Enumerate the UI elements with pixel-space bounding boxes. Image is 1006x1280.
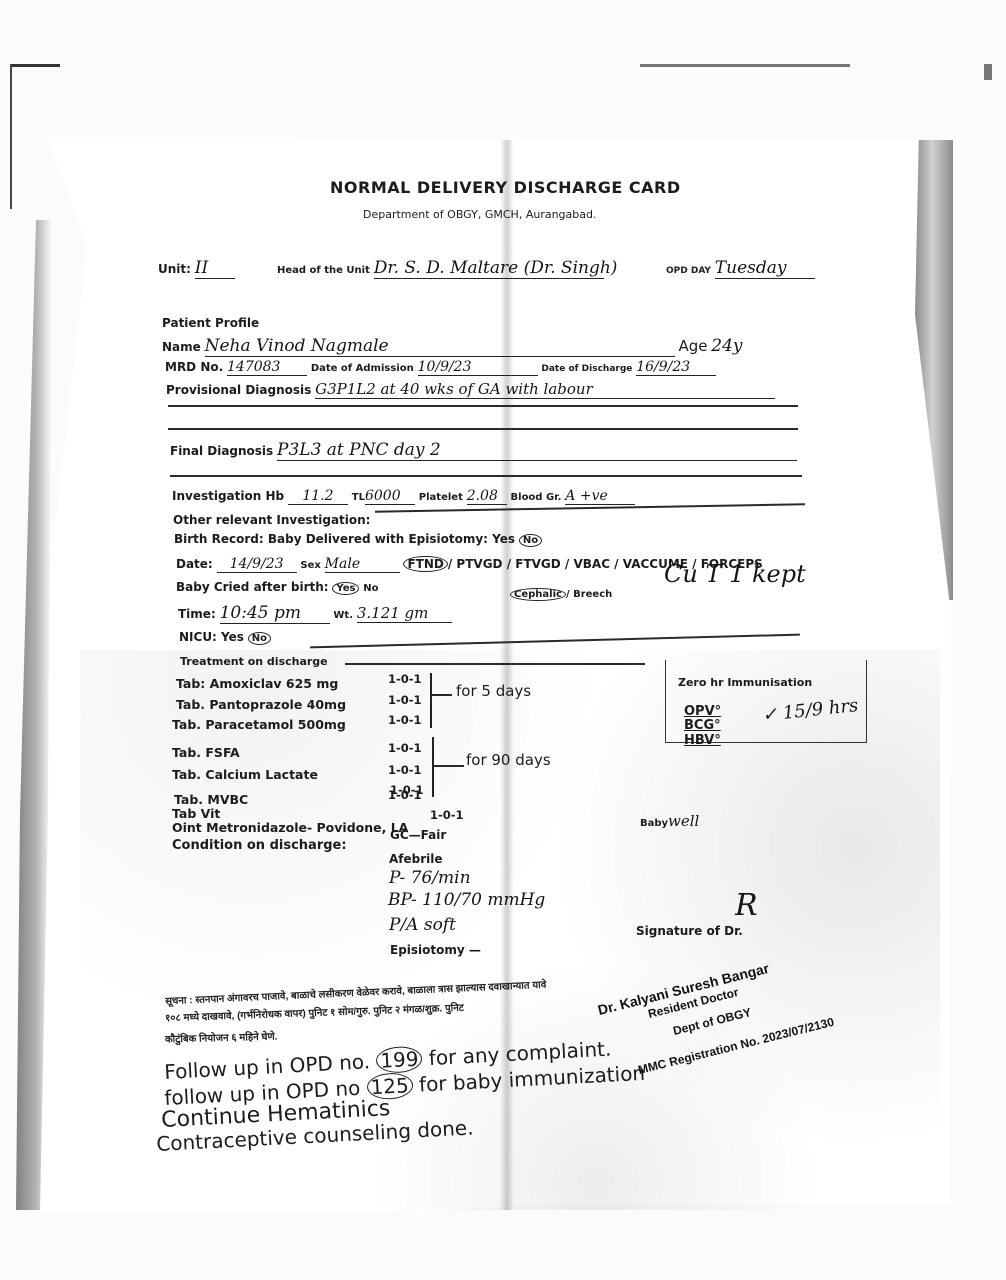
presentation-row: Cephalic/ Breech — [510, 586, 612, 600]
final-diagnosis-row: Final Diagnosis P3L3 at PNC day 2 — [170, 440, 797, 461]
birth-date-value: 14/9/23 — [217, 556, 297, 573]
tlc-value: 6000 — [365, 488, 415, 505]
medication-name: Tab. FSFA — [172, 745, 240, 760]
platelet-value: 2.08 — [467, 488, 507, 505]
admission-value: 10/9/23 — [418, 359, 538, 376]
blank-line — [168, 428, 798, 430]
mrd-value: 147083 — [227, 359, 307, 376]
age-label: Age — [678, 337, 707, 355]
condition-pulse: P- 76/min — [389, 868, 471, 888]
bracket-arrow — [434, 765, 464, 767]
medication-dose: 1-0-1 — [388, 741, 422, 755]
opd-day-label: OPD DAY — [666, 266, 711, 276]
admission-label: Date of Admission — [311, 363, 414, 374]
time-label: Time: — [178, 607, 216, 621]
provisional-value: G3P1L2 at 40 wks of GA with labour — [315, 380, 775, 399]
medication-dose: 1-0-1 — [388, 713, 422, 727]
condition-bp: BP- 110/70 mmHg — [388, 890, 545, 910]
bracket-arrow — [432, 694, 452, 696]
blood-group-label: Blood Gr. — [511, 492, 562, 503]
scan-mark — [984, 64, 992, 80]
name-label: Name — [162, 340, 201, 354]
final-diagnosis-label: Final Diagnosis — [170, 444, 273, 458]
medication-name: Tab Vit — [172, 806, 220, 821]
scan-mark — [10, 64, 60, 67]
other-investigation-row: Other relevant Investigation: — [173, 513, 370, 527]
medication-dose: 1-0-1 — [430, 808, 464, 822]
other-investigation-label: Other relevant Investigation: — [173, 513, 370, 527]
baby-label: Baby — [640, 818, 668, 829]
birth-record-row: Birth Record: Baby Delivered with Episio… — [174, 532, 542, 546]
sex-label: Sex — [300, 560, 320, 571]
mrd-row: MRD No. 147083 Date of Admission 10/9/23… — [165, 359, 716, 376]
birth-date-label: Date: — [176, 557, 213, 571]
marathi-note-3: कौटुंबिक नियोजन ६ महिने घेणे. — [165, 1029, 278, 1046]
platelet-label: Platelet — [419, 492, 463, 503]
medication-name: Tab. Calcium Lactate — [172, 767, 318, 782]
imm-opv: OPV° — [684, 704, 721, 719]
investigation-row: Investigation Hb 11.2 TL6000 Platelet 2.… — [172, 488, 635, 505]
signature-mark: R — [735, 888, 758, 923]
duration-90-days: for 90 days — [466, 751, 551, 769]
head-value: Dr. S. D. Maltare (Dr. Singh) — [374, 258, 604, 279]
condition-afebrile: Afebrile — [389, 852, 443, 866]
condition-episiotomy: Episiotomy — — [390, 943, 481, 957]
opd-day-row: OPD DAY Tuesday — [666, 258, 815, 279]
medication-dose: 1-0-1 — [388, 672, 422, 686]
opd-day-value: Tuesday — [715, 258, 815, 279]
delivery-type-selected: FTND — [403, 556, 447, 572]
nicu-selected: No — [248, 632, 271, 645]
head-label: Head of the Unit — [277, 265, 370, 276]
opd-number-complaint: 199 — [376, 1046, 423, 1074]
blank-line — [170, 475, 802, 477]
sex-value: Male — [325, 556, 400, 573]
blood-group-value: A +ve — [565, 488, 635, 505]
head-row: Head of the Unit Dr. S. D. Maltare (Dr. … — [277, 258, 604, 279]
age-value: 24y — [711, 336, 742, 356]
baby-value: well — [668, 812, 699, 830]
medication-dose: 1-0-1 — [390, 783, 424, 797]
provisional-row: Provisional Diagnosis G3P1L2 at 40 wks o… — [166, 380, 775, 399]
scan-mark — [10, 64, 12, 209]
medication-name: Tab. Paracetamol 500mg — [172, 717, 346, 732]
condition-gc: GC—Fair — [390, 828, 446, 842]
nicu-label: NICU: Yes — [179, 630, 244, 644]
card-title: NORMAL DELIVERY DISCHARGE CARD — [330, 178, 681, 197]
department-name: Department of OBGY, GMCH, Aurangabad. — [363, 208, 596, 221]
bracket-90-days — [432, 737, 434, 797]
presentation-other: / Breech — [566, 589, 612, 600]
hb-value: 11.2 — [288, 488, 348, 505]
condition-pa: P/A soft — [389, 915, 456, 935]
discharge-value: 16/9/23 — [636, 359, 716, 376]
investigation-label: Investigation Hb — [172, 489, 284, 503]
time-value: 10:45 pm — [220, 603, 330, 624]
medication-name: Tab: Amoxiclav 625 mg — [176, 676, 338, 691]
imm-bcg: BCG° — [684, 718, 721, 733]
name-row: Name Neha Vinod Nagmale Age 24y — [162, 336, 743, 357]
time-row: Time: 10:45 pm Wt. 3.121 gm — [178, 603, 452, 624]
cried-other: No — [363, 583, 378, 594]
cried-row: Baby Cried after birth: Yes No — [176, 580, 379, 594]
signature-label: Signature of Dr. — [636, 924, 743, 938]
episiotomy-question: Birth Record: Baby Delivered with Episio… — [174, 532, 515, 546]
cried-selected: Yes — [332, 582, 359, 595]
immunisation-title: Zero hr Immunisation — [678, 676, 812, 689]
scan-mark — [640, 64, 850, 67]
cried-label: Baby Cried after birth: — [176, 580, 329, 594]
medication-name: Oint Metronidazole- Povidone, LA — [172, 820, 408, 835]
provisional-label: Provisional Diagnosis — [166, 383, 311, 397]
episiotomy-selected: No — [519, 534, 542, 547]
final-diagnosis-value: P3L3 at PNC day 2 — [277, 440, 797, 461]
blank-line — [168, 405, 798, 407]
tlc-label: TL — [352, 492, 365, 503]
patient-profile-heading: Patient Profile — [162, 316, 259, 330]
weight-value: 3.121 gm — [357, 604, 452, 623]
unit-value: II — [195, 258, 235, 279]
mrd-label: MRD No. — [165, 360, 223, 374]
unit-row: Unit: II — [158, 258, 235, 279]
baby-row: Babywell — [640, 812, 699, 830]
duration-5-days: for 5 days — [456, 682, 531, 700]
cu-t-note: Cu T 1 kept — [664, 560, 806, 588]
condition-label: Condition on discharge: — [172, 838, 347, 853]
discharge-label: Date of Discharge — [541, 364, 632, 374]
medication-name: Tab. Pantoprazole 40mg — [176, 697, 346, 712]
medication-dose: 1-0-1 — [388, 763, 422, 777]
imm-hbv: HBV° — [684, 733, 721, 748]
name-value: Neha Vinod Nagmale — [205, 336, 675, 357]
blank-line — [345, 663, 645, 665]
bracket-5-days — [430, 673, 432, 728]
medication-name: Tab. MVBC — [174, 792, 248, 807]
presentation-selected: Cephalic — [510, 588, 566, 601]
weight-label: Wt. — [333, 610, 353, 621]
nicu-row: NICU: Yes No — [179, 630, 271, 644]
medication-dose: 1-0-1 — [388, 693, 422, 707]
unit-label: Unit: — [158, 262, 191, 276]
treatment-label: Treatment on discharge — [180, 655, 328, 668]
